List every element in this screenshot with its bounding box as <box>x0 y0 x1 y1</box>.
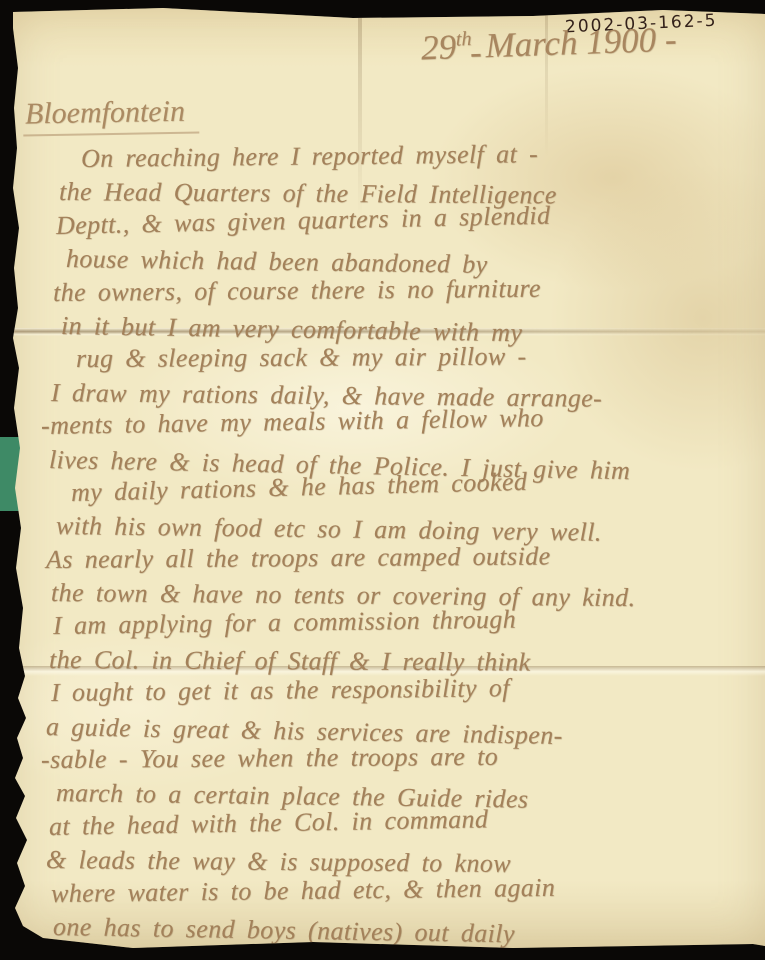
scanned-letter-page: 2002-03-162-5 29th-March 1900 - Bloemfon… <box>0 0 765 960</box>
letter-line: I ought to get it as the responsibility … <box>51 669 765 710</box>
letter-date: 29th-March 1900 - <box>420 20 677 69</box>
letter-line: rug & sleeping sack & my air pillow - <box>76 339 765 376</box>
letter-line: On reaching here I reported myself at - <box>81 135 765 176</box>
letter-paper: 2002-03-162-5 29th-March 1900 - Bloemfon… <box>13 8 765 950</box>
letter-place-heading: Bloemfontein <box>23 94 200 136</box>
letter-line: -sable - You see when the troops are to <box>41 738 765 776</box>
letter-line: one has to send boys (natives) out daily <box>53 910 765 955</box>
date-separator: - <box>469 32 482 72</box>
date-rest: March 1900 - <box>485 20 677 66</box>
date-day: 29 <box>420 27 456 67</box>
letter-line: the owners, of course there is no furnit… <box>53 269 765 309</box>
letter-body: On reaching here I reported myself at -t… <box>41 142 765 943</box>
letter-line: As nearly all the troops are camped outs… <box>46 538 765 576</box>
